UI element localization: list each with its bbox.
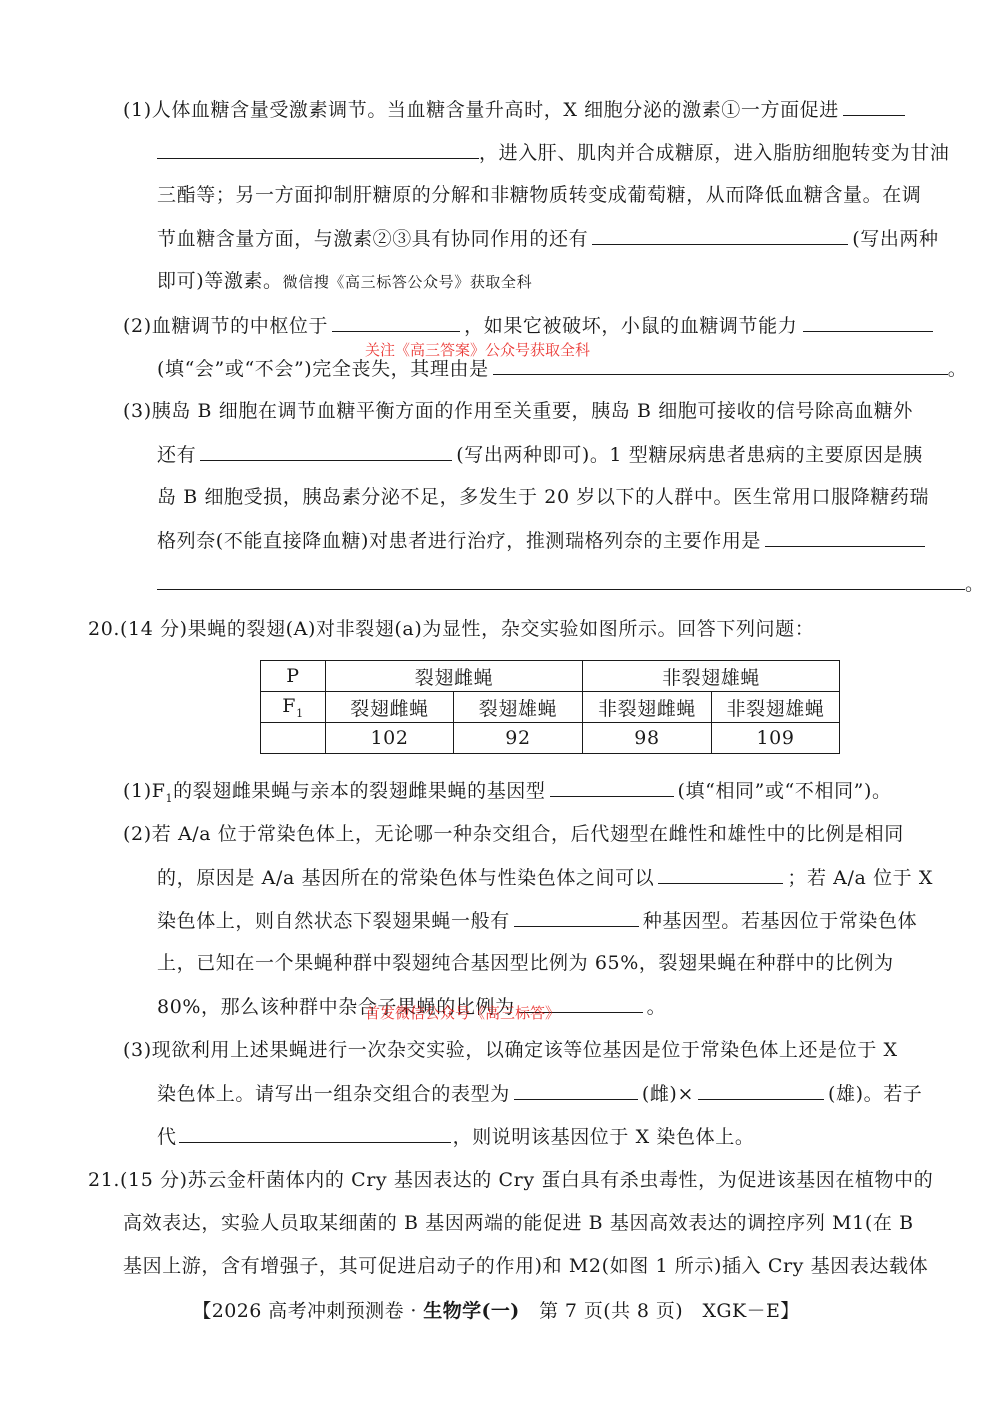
q19-sub1-line3: 三酯等；另一方面抑制肝糖原的分解和非糖物质转变成葡萄糖，从而降低血糖含量。在调 [157,183,921,207]
q20-sub1-line1: (1)F1的裂翅雌果蝇与亲本的裂翅雌果蝇的基因型(填“相同”或“不相同”)。 [123,778,892,811]
footer-subject: 生物学(一) [423,1300,519,1322]
q19-sub2-text: (填“会”或“不会”)完全丧失，其理由是 [157,358,489,380]
q19-sub2-line1: (2)血糖调节的中枢位于，如果它被破坏，小鼠的血糖调节能力 [123,313,933,338]
answer-blank[interactable] [493,356,948,375]
footer-exam-title: 【2026 高考冲刺预测卷 · [192,1300,423,1322]
table-header-cell: 非裂翅雌蝇 [583,692,712,723]
q19-sub3-line5: 。 [157,571,985,596]
q19-sub3-text: 还有 [157,444,196,466]
answer-blank[interactable] [332,313,460,332]
footer-page-info: 第 7 页(共 8 页) XGK－E】 [520,1300,800,1322]
q20-sub2-text: 的，原因是 A/a 基因所在的常染色体与性染色体之间可以 [157,867,654,889]
q19-sub1-line1: (1)人体血糖含量受激素调节。当血糖含量升高时，X 细胞分泌的激素①一方面促进 [123,97,905,122]
q20-sub3-line1: (3)现欲利用上述果蝇进行一次杂交实验，以确定该等位基因是位于常染色体上还是位于… [123,1038,898,1062]
q20-sub3-text: ，则说明该基因位于 X 染色体上。 [453,1126,755,1148]
q19-sub3-text: 。 [965,573,985,595]
q20-sub2-line1: (2)若 A/a 位于常染色体上，无论哪一种杂交组合，后代翅型在雌性和雄性中的比… [123,822,904,846]
q19-sub3-text: (写出两种即可)。1 型糖尿病患者患病的主要原因是胰 [456,444,923,466]
table-cell-p-label: P [261,661,326,692]
answer-blank[interactable] [658,865,783,884]
q19-sub3-line3: 岛 B 细胞受损，胰岛素分泌不足，多发生于 20 岁以下的人群中。医生常用口服降… [157,485,929,509]
q21-text: 高效表达，实验人员取某细菌的 B 基因两端的能促进 B 基因高效表达的调控序列 … [123,1212,914,1234]
table-cell-p-female: 裂翅雌蝇 [326,661,583,692]
cross-table: P 裂翅雌蝇 非裂翅雄蝇 F1 裂翅雌蝇 裂翅雄蝇 非裂翅雌蝇 非裂翅雄蝇 10… [260,660,840,754]
q19-sub2-text: ，如果它被破坏，小鼠的血糖调节能力 [464,315,797,337]
q20-sub3-text: (雌)× [642,1083,694,1105]
q20-sub3-text: 代 [157,1126,177,1148]
table-count-cell: 98 [583,723,712,754]
q19-sub3-line1: (3)胰岛 B 细胞在调节血糖平衡方面的作用至关重要，胰岛 B 细胞可接收的信号… [123,399,913,423]
q19-sub1-text: 节血糖含量方面，与激素②③具有协同作用的还有 [157,228,588,250]
q19-sub3-text: 岛 B 细胞受损，胰岛素分泌不足，多发生于 20 岁以下的人群中。医生常用口服降… [157,486,929,508]
q21-text: 21.(15 分)苏云金杆菌体内的 Cry 基因表达的 Cry 蛋白具有杀虫毒性… [88,1169,933,1191]
q20-sub1-text: (填“相同”或“不相同”)。 [678,780,892,802]
q19-sub1-line2: ，进入肝、肌肉并合成糖原，进入脂肪细胞转变为甘油 [157,140,949,165]
q20-sub1-text: 的裂翅雌果蝇与亲本的裂翅雌果蝇的基因型 [173,780,545,802]
q21-line3: 基因上游，含有增强子，其可促进启动子的作用)和 M2(如图 1 所示)插入 Cr… [123,1254,928,1278]
f1-subscript: 1 [296,706,304,719]
q19-sub2-text: (2)血糖调节的中枢位于 [123,315,328,337]
q20-sub2-text: 染色体上，则自然状态下裂翅果蝇一般有 [157,910,510,932]
q20-sub3-text: 染色体上。请写出一组杂交组合的表型为 [157,1083,510,1105]
q20-sub3-line2: 染色体上。请写出一组杂交组合的表型为(雌)×(雄)。若子 [157,1081,922,1106]
answer-blank[interactable] [803,313,933,332]
answer-blank[interactable] [592,226,848,245]
q19-sub1-text: 三酯等；另一方面抑制肝糖原的分解和非糖物质转变成葡萄糖，从而降低血糖含量。在调 [157,184,921,206]
q20-sub1-text: (1)F [123,780,166,802]
q20-sub2-line3: 染色体上，则自然状态下裂翅果蝇一般有种基因型。若基因位于常染色体 [157,908,917,933]
table-row-p: P 裂翅雌蝇 非裂翅雄蝇 [261,661,840,692]
q19-sub2-line2: (填“会”或“不会”)完全丧失，其理由是。 [157,356,967,381]
q20-sub3-text: (雄)。若子 [828,1083,922,1105]
q20-stem: 20.(14 分)果蝇的裂翅(A)对非裂翅(a)为显性，杂交实验如图所示。回答下… [88,617,814,641]
q19-sub1-text: ，进入肝、肌肉并合成糖原，进入脂肪细胞转变为甘油 [479,142,949,164]
table-row-f1: F1 裂翅雌蝇 裂翅雄蝇 非裂翅雌蝇 非裂翅雄蝇 [261,692,840,723]
answer-blank[interactable] [157,140,479,159]
table-header-cell: 裂翅雄蝇 [454,692,583,723]
q19-sub1-text: 即可)等激素。 [157,270,283,292]
q20-stem-text: 20.(14 分)果蝇的裂翅(A)对非裂翅(a)为显性，杂交实验如图所示。回答下… [88,618,814,640]
q20-sub2-line4: 上，已知在一个果蝇种群中裂翅纯合基因型比例为 65%，裂翅果蝇在种群中的比例为 [157,951,894,975]
watermark-red: 首发微信公众号《高三标答》 [365,1004,560,1022]
table-count-cell: 102 [326,723,454,754]
q19-sub1-text: (1)人体血糖含量受激素调节。当血糖含量升高时，X 细胞分泌的激素①一方面促进 [123,99,839,121]
q20-sub2-text: 。 [647,996,667,1018]
subscript: 1 [166,792,174,805]
table-cell-empty [261,723,326,754]
q19-sub2-text: 。 [948,358,968,380]
table-header-cell: 裂翅雌蝇 [326,692,454,723]
q21-line1: 21.(15 分)苏云金杆菌体内的 Cry 基因表达的 Cry 蛋白具有杀虫毒性… [88,1168,933,1192]
q19-sub1-line4: 节血糖含量方面，与激素②③具有协同作用的还有(写出两种 [157,226,939,251]
q21-text: 基因上游，含有增强子，其可促进启动子的作用)和 M2(如图 1 所示)插入 Cr… [123,1255,928,1277]
q19-sub3-text: (3)胰岛 B 细胞在调节血糖平衡方面的作用至关重要，胰岛 B 细胞可接收的信号… [123,400,913,422]
answer-blank[interactable] [157,571,965,590]
q20-sub2-text: 种基因型。若基因位于常染色体 [643,910,917,932]
answer-blank[interactable] [200,442,452,461]
q20-sub3-text: (3)现欲利用上述果蝇进行一次杂交实验，以确定该等位基因是位于常染色体上还是位于… [123,1039,898,1061]
table-cell-f1-label: F1 [261,692,326,723]
q19-sub3-line2: 还有(写出两种即可)。1 型糖尿病患者患病的主要原因是胰 [157,442,923,467]
watermark-text: 微信搜《高三标答公众号》获取全科 [283,273,533,291]
q20-sub2-line2: 的，原因是 A/a 基因所在的常染色体与性染色体之间可以；若 A/a 位于 X [157,865,933,890]
q20-sub2-text: (2)若 A/a 位于常染色体上，无论哪一种杂交组合，后代翅型在雌性和雄性中的比… [123,823,904,845]
answer-blank[interactable] [550,778,674,797]
answer-blank[interactable] [514,908,639,927]
q20-sub2-text: 上，已知在一个果蝇种群中裂翅纯合基因型比例为 65%，裂翅果蝇在种群中的比例为 [157,952,894,974]
table-header-cell: 非裂翅雄蝇 [712,692,840,723]
page-footer: 【2026 高考冲刺预测卷 · 生物学(一) 第 7 页(共 8 页) XGK－… [0,1296,992,1323]
q19-sub1-line5: 即可)等激素。微信搜《高三标答公众号》获取全科 [157,269,532,294]
q19-sub3-line4: 格列奈(不能直接降血糖)对患者进行治疗，推测瑞格列奈的主要作用是 [157,528,925,553]
table-row-counts: 102 92 98 109 [261,723,840,754]
answer-blank[interactable] [765,528,925,547]
answer-blank[interactable] [698,1081,824,1100]
table-count-cell: 92 [454,723,583,754]
q19-sub1-text: (写出两种 [852,228,938,250]
answer-blank[interactable] [514,1081,638,1100]
q19-sub3-text: 格列奈(不能直接降血糖)对患者进行治疗，推测瑞格列奈的主要作用是 [157,530,761,552]
q21-line2: 高效表达，实验人员取某细菌的 B 基因两端的能促进 B 基因高效表达的调控序列 … [123,1211,914,1235]
q20-sub3-line3: 代，则说明该基因位于 X 染色体上。 [157,1124,754,1149]
q20-sub2-text: ；若 A/a 位于 X [787,867,933,889]
f1-label: F [282,695,296,717]
answer-blank[interactable] [843,97,905,116]
table-cell-p-male: 非裂翅雄蝇 [583,661,840,692]
table-count-cell: 109 [712,723,840,754]
answer-blank[interactable] [179,1124,451,1143]
